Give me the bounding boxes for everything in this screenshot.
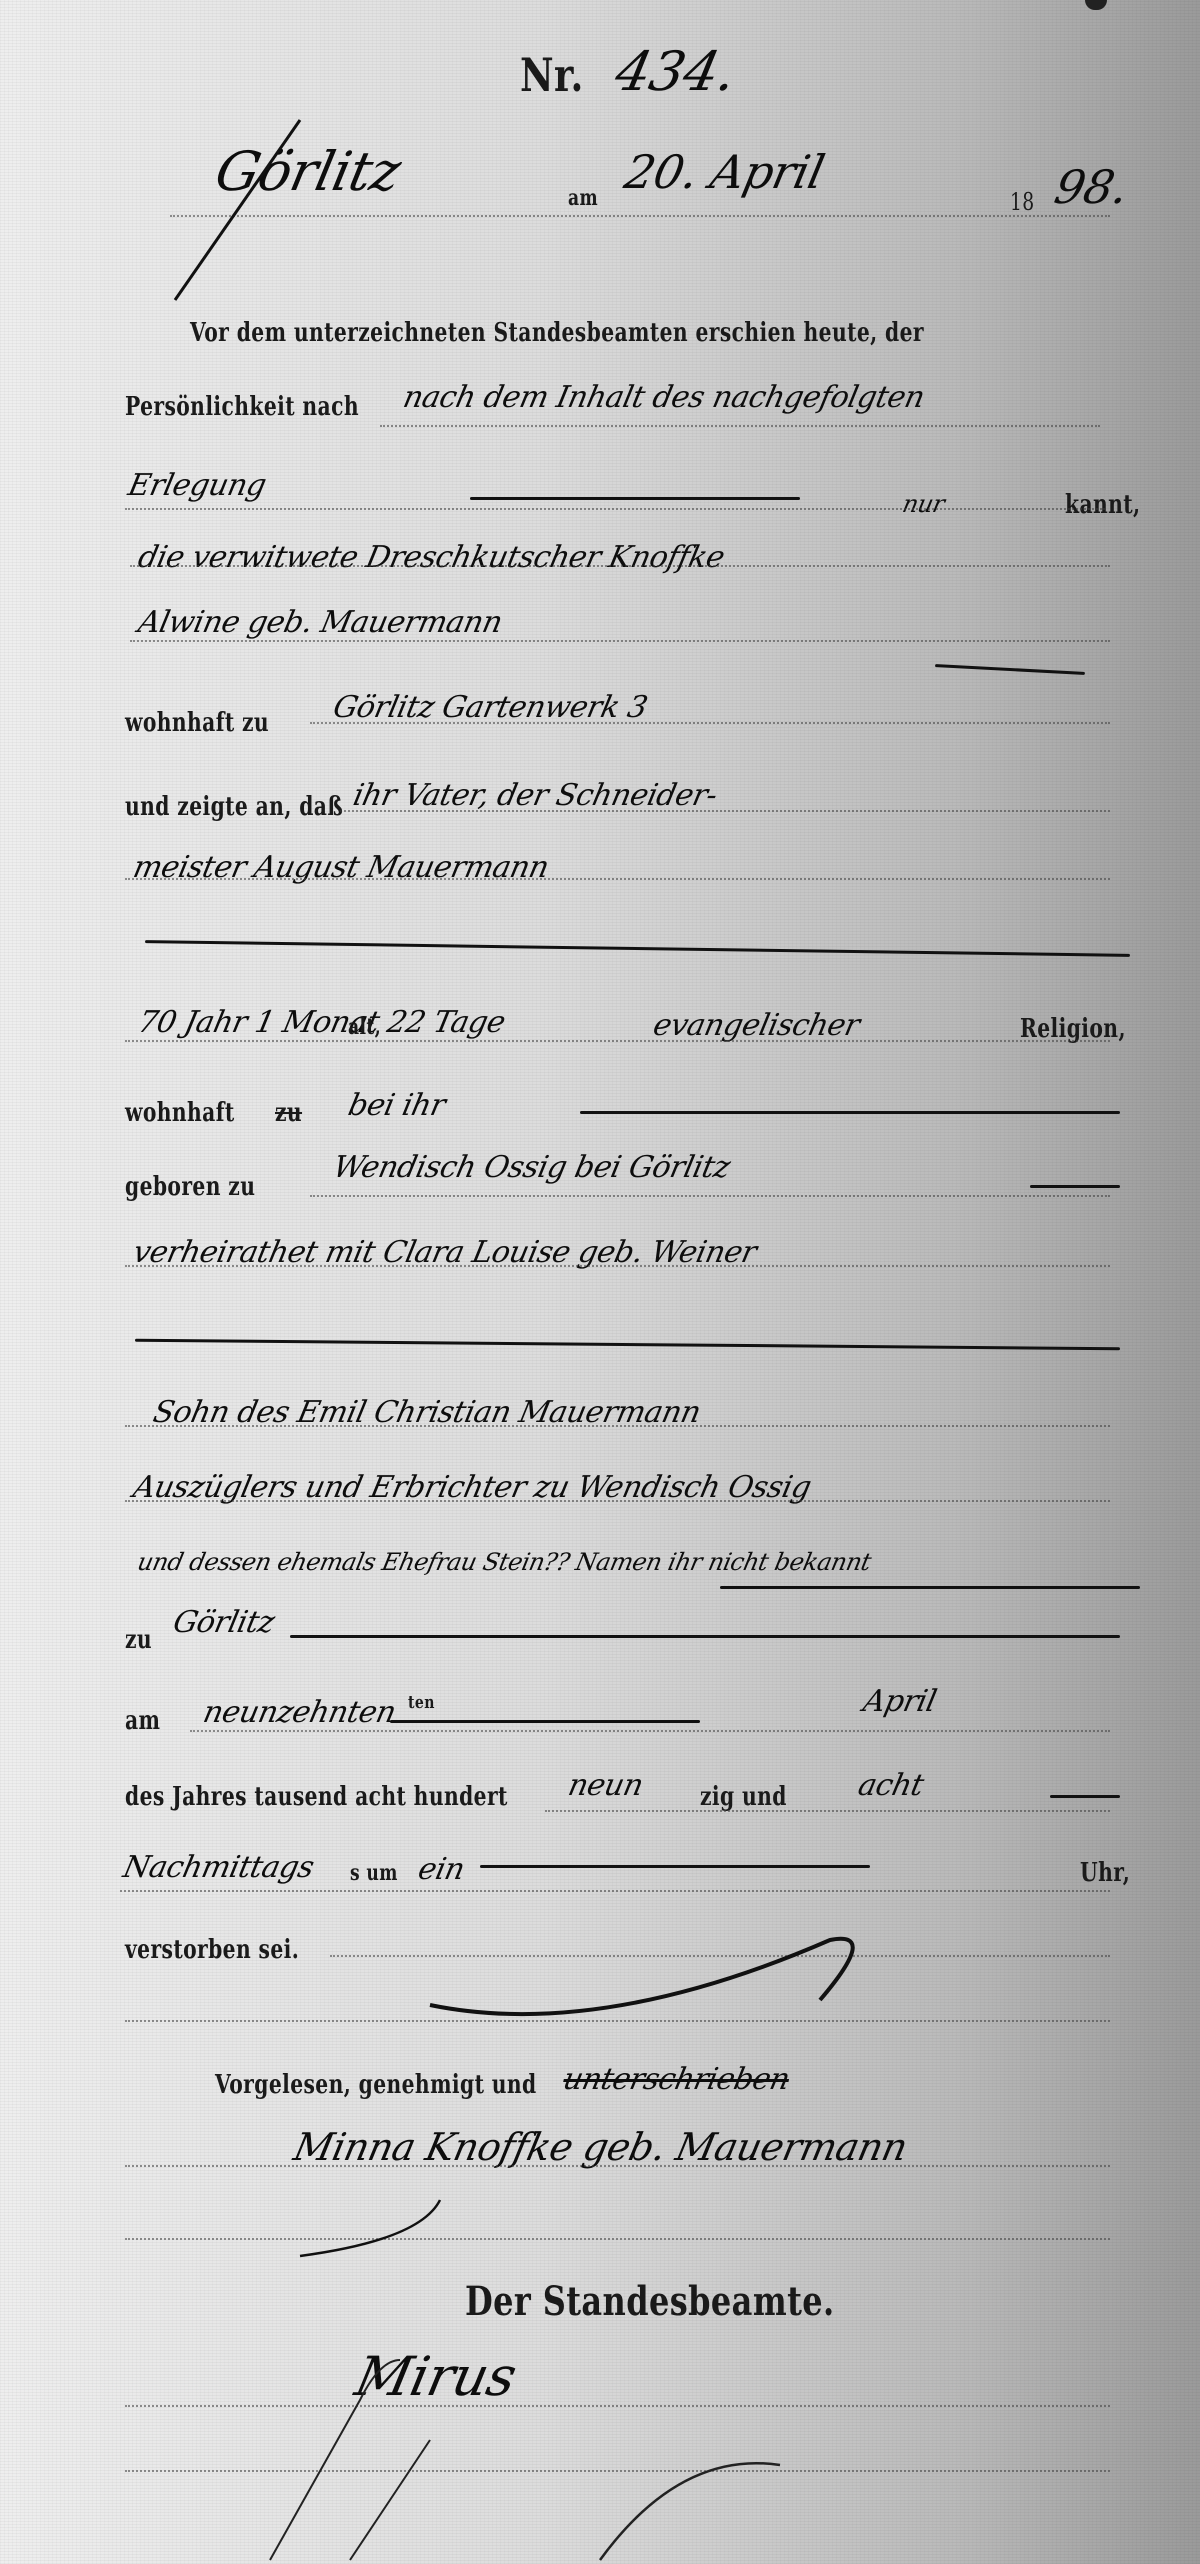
line6-dotted: [310, 722, 1110, 724]
line16-death-place: Görlitz: [170, 1605, 277, 1640]
line18-unit: acht: [855, 1768, 927, 1803]
line19-hour: ein: [415, 1852, 468, 1887]
line7-printed: und zeigte an, daß: [125, 792, 343, 822]
line18-printed-zig: zig und: [700, 1782, 787, 1812]
line3-fill-stroke: [470, 497, 800, 500]
line6-printed: wohnhaft zu: [125, 708, 269, 738]
line1-printed: Vor dem unterzeichneten Standesbeamten e…: [190, 318, 924, 348]
line18-fill-stroke: [1050, 1795, 1120, 1798]
line17-dotted: [190, 1730, 1110, 1732]
registrar-signature: Mirus: [350, 2345, 522, 2408]
header-place: Görlitz: [210, 140, 406, 203]
fill-stroke-blank-line-2: [135, 1339, 1120, 1351]
line10-printed-struck: zu: [275, 1098, 302, 1128]
line20-dotted: [330, 1955, 1110, 1957]
line15-parents: und dessen ehemals Ehefrau Stein?? Namen…: [135, 1548, 873, 1576]
line19-fill-stroke: [480, 1865, 870, 1868]
line17-printed-ten: ten: [408, 1692, 435, 1713]
line10-printed: wohnhaft: [125, 1098, 235, 1128]
line16-fill-stroke: [290, 1635, 1120, 1638]
signature-dotted-2: [125, 2238, 1110, 2240]
line5-handwritten: Alwine geb. Mauermann: [135, 605, 505, 640]
corner-page-mark: [1085, 0, 1107, 10]
header-am-label: am: [568, 185, 598, 211]
line19-time-of-day: Nachmittags: [120, 1850, 317, 1885]
header-year-suffix: 98.: [1050, 160, 1133, 214]
line2-printed: Persönlichkeit nach: [125, 392, 359, 422]
line7-dotted: [340, 810, 1110, 812]
line17-day: neunzehnten: [200, 1695, 399, 1730]
line6-handwritten: Görlitz Gartenwerk 3: [330, 690, 650, 725]
line3-handwritten: Erlegung: [125, 468, 269, 503]
registrar-title: Der Standesbeamte.: [465, 2278, 835, 2325]
line17-month: April: [860, 1684, 939, 1719]
line14-dotted: [125, 1500, 1110, 1502]
line11-birthplace: Wendisch Ossig bei Görlitz: [330, 1150, 733, 1185]
signature-dotted-1: [125, 2165, 1110, 2167]
death-certificate-page: Nr. 434. Görlitz am 20. April 18 98. Vor…: [0, 0, 1200, 2564]
line17-fill-stroke: [390, 1720, 700, 1723]
line18-printed: des Jahres tausend acht hundert: [125, 1782, 508, 1812]
line11-fill-stroke: [1030, 1185, 1120, 1188]
official-dotted-2: [125, 2470, 1110, 2472]
line5-dotted: [130, 640, 1110, 642]
line9-age: 70 Jahr 1 Monat 22 Tage: [135, 1005, 508, 1040]
official-dotted-1: [125, 2405, 1110, 2407]
line19-dotted: [120, 1890, 1110, 1892]
line4-dotted: [130, 565, 1110, 567]
line16-printed: zu: [125, 1625, 152, 1655]
informant-signature: Minna Knoffke geb. Mauermann: [290, 2125, 911, 2169]
line10-handwritten: bei ihr: [345, 1088, 448, 1123]
line17-printed: am: [125, 1706, 160, 1736]
line3-dotted: [125, 508, 1105, 510]
line19-printed-uhr: Uhr,: [1080, 1858, 1130, 1888]
closing-handwritten-struck: unterschrieben: [560, 2062, 793, 2097]
line7-handwritten: ihr Vater, der Schneider-: [350, 778, 720, 813]
line18-dotted: [545, 1810, 1110, 1812]
entry-number-label: Nr.: [520, 48, 584, 102]
closing-printed: Vorgelesen, genehmigt und: [215, 2070, 537, 2100]
header-dotted-line: [170, 215, 1110, 217]
line9-printed-alt: alt,: [348, 1014, 381, 1040]
fill-stroke-blank-line: [145, 940, 1130, 957]
line19-printed-um: s um: [350, 1860, 398, 1886]
line5-fill-stroke: [935, 664, 1085, 675]
line13-dotted: [125, 1425, 1110, 1427]
line4-handwritten: die verwitwete Dreschkutscher Knoffke: [135, 540, 727, 575]
line20-printed: verstorben sei.: [125, 1935, 299, 1965]
line2-handwritten: nach dem Inhalt des nachgefolgten: [400, 380, 928, 415]
line11-printed: geboren zu: [125, 1172, 255, 1202]
header-year-prefix: 18: [1010, 188, 1035, 216]
line2-dotted: [380, 425, 1100, 427]
header-date: 20. April: [620, 145, 829, 199]
line3-printed-end: kannt,: [1065, 490, 1140, 520]
entry-number: 434.: [610, 40, 742, 103]
line9-religion-value: evangelischer: [650, 1008, 863, 1043]
blank-dotted-1: [125, 2020, 1110, 2022]
line3-handwritten-end: nur: [900, 490, 947, 518]
line9-dotted: [125, 1040, 1110, 1042]
line10-fill-stroke: [580, 1111, 1120, 1114]
line15-fill-stroke: [720, 1586, 1140, 1589]
line11-dotted: [310, 1195, 1110, 1197]
line18-decade: neun: [565, 1768, 646, 1803]
line8-dotted: [125, 878, 1110, 880]
line12-dotted: [125, 1265, 1110, 1267]
